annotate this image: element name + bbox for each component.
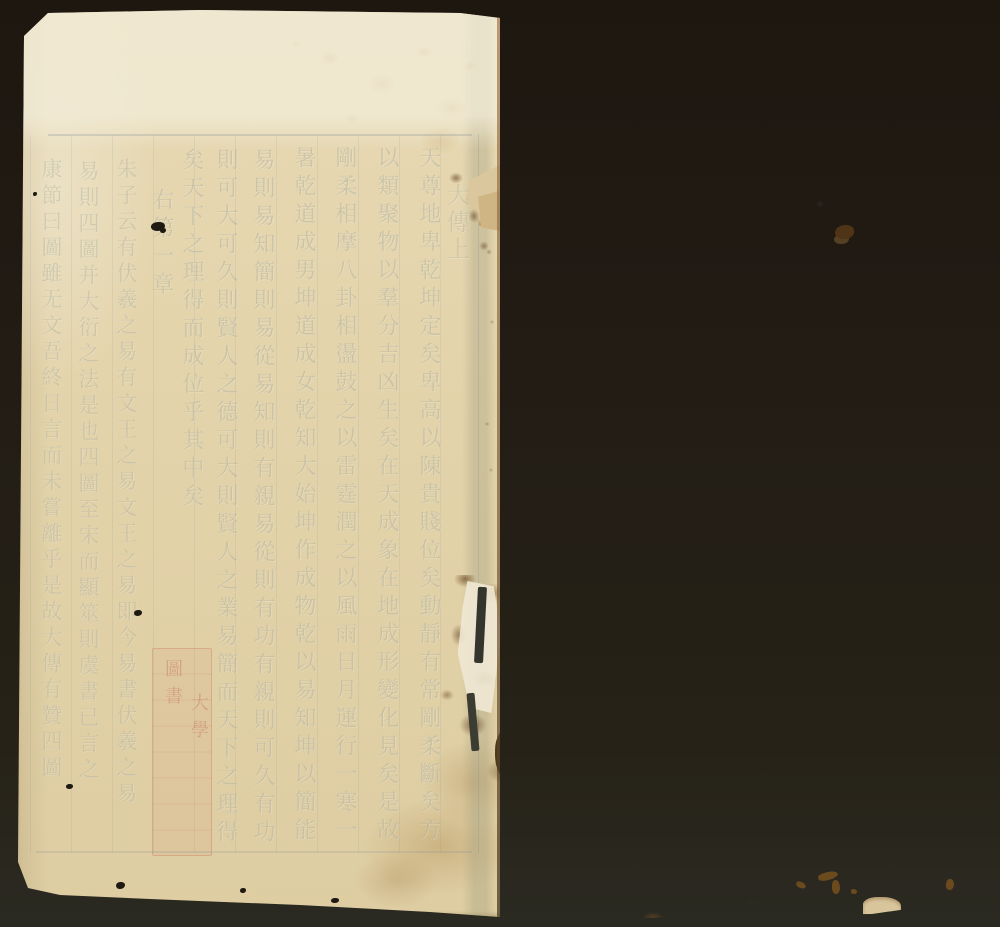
scanned-book-photo: { "document": { "kind": "open antique Ea… [0, 0, 1000, 927]
library-seal: 大學 圖書 [152, 648, 212, 856]
gutter-edge [497, 14, 501, 918]
seal-left-column: 圖書 [159, 659, 185, 713]
main-text-column: 暑乾道成男坤道成女乾知大始坤作成物乾以易知坤以簡能 [288, 146, 318, 846]
ink-speck [331, 898, 339, 903]
edge-hole-rim [735, 895, 773, 909]
fold-edge-chars: 易覽 [0, 130, 20, 180]
chapter-end-marker: 右第一章 [146, 188, 176, 300]
worm-track [795, 880, 806, 889]
commentary-column: 朱子云有伏羲之易有文王之易文王之易即今易書伏羲之易 [111, 158, 140, 808]
commentary-column: 康節曰圖雖无文吾終日言而未嘗離乎是故大傳有贊四圖 [36, 158, 65, 782]
edge-hole-rim [640, 906, 666, 918]
repair-patch [863, 897, 901, 915]
foxing-blob [835, 225, 854, 239]
main-text-column: 剛柔相摩八卦相盪鼓之以雷霆潤之以風雨日月運行一寒一 [329, 146, 359, 846]
fold-edge-lower-chars: 大傳義 [0, 312, 20, 387]
main-text-column: 則可大可久則賢人之德可大則賢人之業易簡而天下之理得 [210, 148, 240, 848]
foxing-dot [817, 201, 823, 207]
ink-speck [116, 882, 125, 889]
fishtail-mark [2, 282, 20, 306]
worm-track [832, 880, 840, 894]
main-text-column: 以類聚物以羣分吉凶生矣在天成象在地成形變化見矣是故 [371, 146, 401, 846]
worm-track [945, 878, 955, 890]
worm-track [851, 889, 857, 894]
seal-right-column: 大學 [185, 693, 211, 747]
commentary-column: 易則四圖并大衍之法是也四圖至宋而顯筮則虞書已言之 [73, 160, 102, 784]
ink-speck [240, 888, 246, 893]
main-text-column: 矣天下之理得而成位乎其中矣 [176, 148, 206, 512]
main-text-column: 易則易知簡則易從易知則有親易從則有功有親則可久有功 [247, 148, 277, 848]
